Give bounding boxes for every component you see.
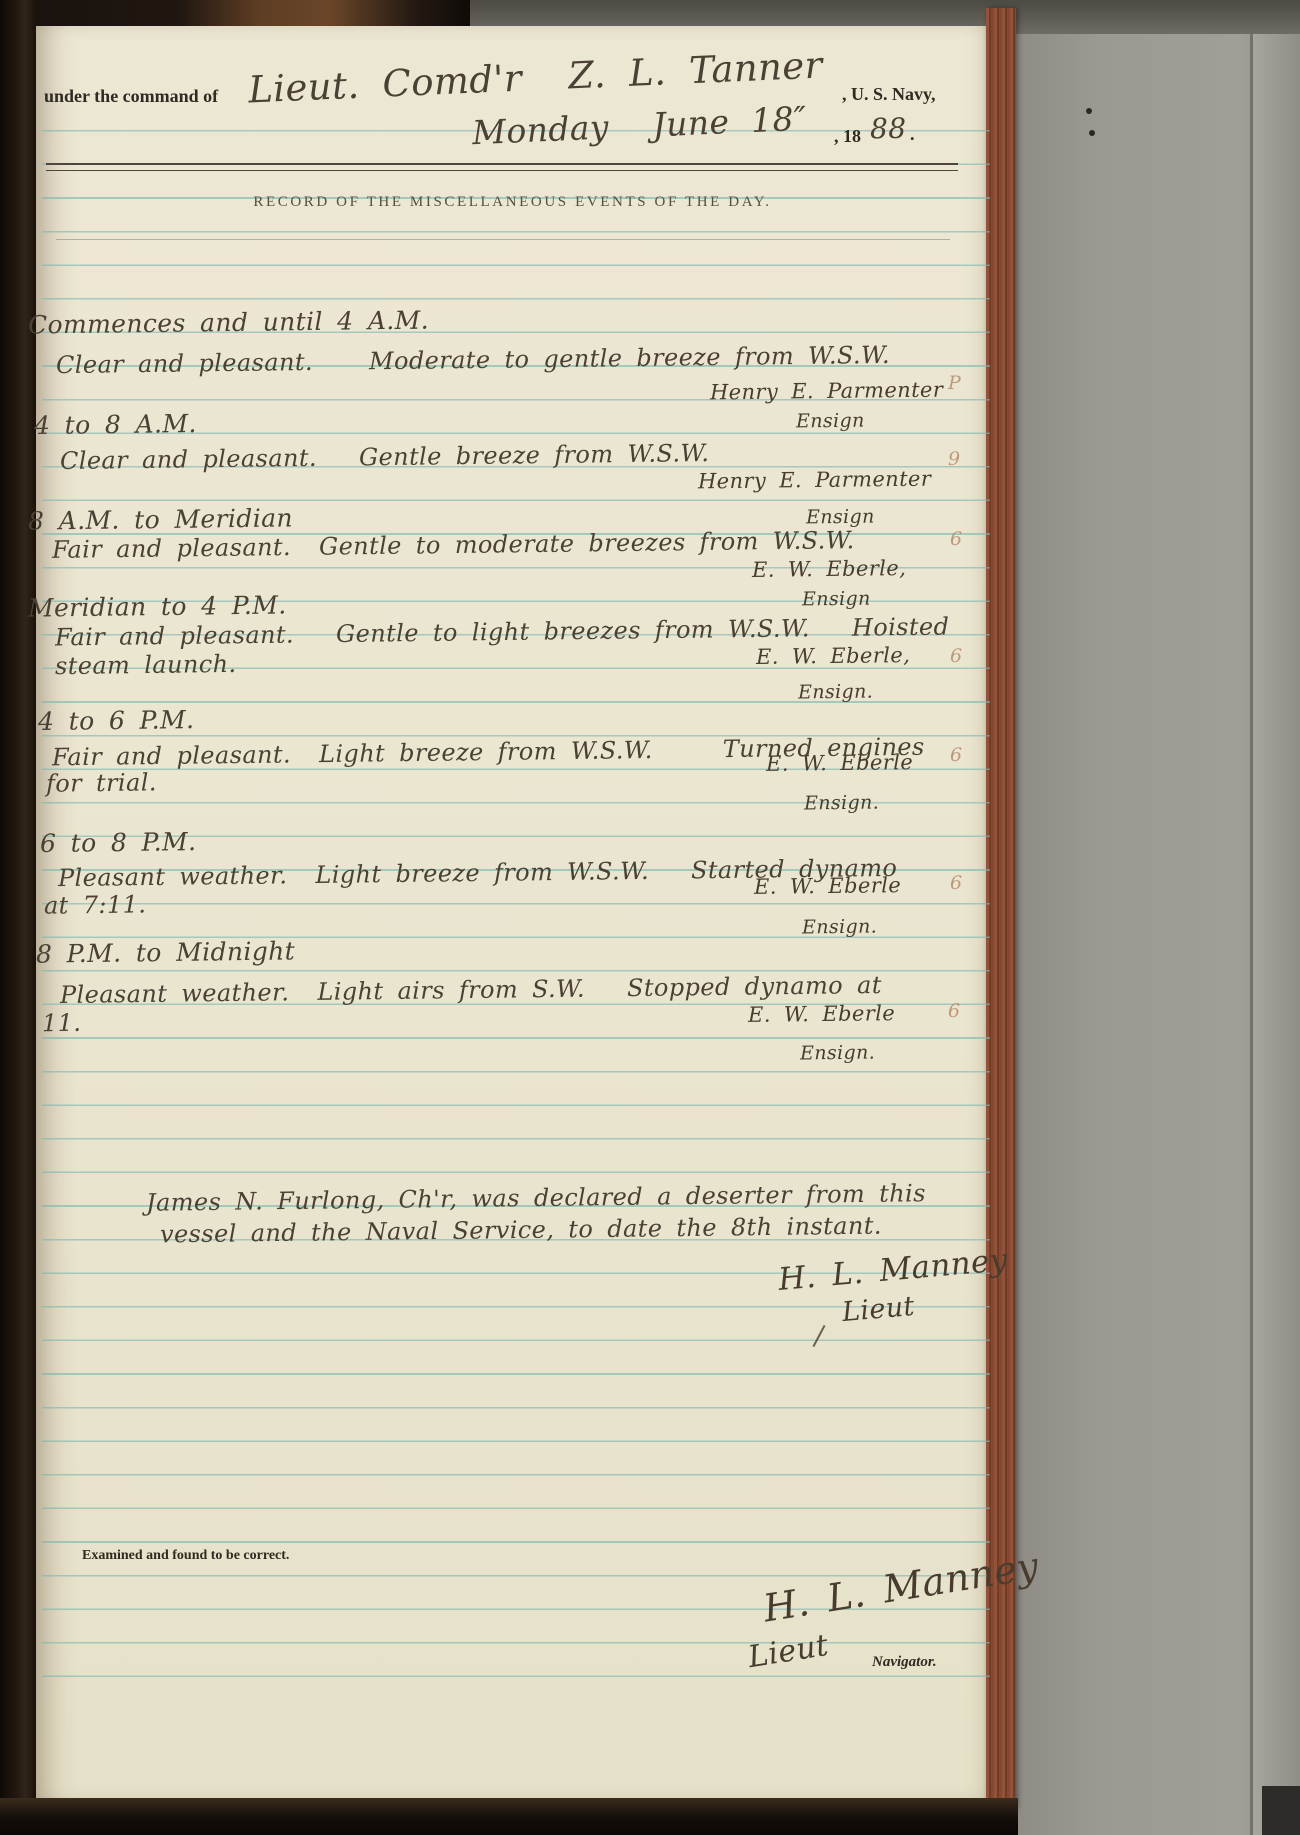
entry-period: 4 to 6 P.M. xyxy=(38,705,195,736)
watch-signature: E. W. Eberle, xyxy=(756,643,910,669)
watch-signature: E. W. Eberle xyxy=(754,873,901,899)
scan-corner-shadow xyxy=(1262,1786,1300,1835)
margin-mark: P xyxy=(948,372,961,394)
margin-mark: 9 xyxy=(948,448,960,470)
watch-rank: Ensign. xyxy=(800,1042,875,1065)
margin-mark: 6 xyxy=(948,1000,960,1022)
book-bottom-edge xyxy=(0,1798,1018,1835)
entry-body: for trial. xyxy=(46,768,157,797)
printed-navigator-label: Navigator. xyxy=(872,1654,937,1671)
margin-mark: 6 xyxy=(950,744,962,766)
logbook-page xyxy=(36,26,988,1800)
entry-body: at 7:11. xyxy=(44,890,147,919)
section-divider xyxy=(56,239,950,240)
margin-mark: 6 xyxy=(950,872,962,894)
printed-period: . xyxy=(910,124,915,145)
entry-body: steam launch. xyxy=(55,650,237,680)
year-handwritten: 88 xyxy=(870,112,907,145)
entry-period: 4 to 8 A.M. xyxy=(34,409,197,440)
watch-signature: Henry E. Parmenter xyxy=(698,467,932,494)
printed-navy-label: , U. S. Navy, xyxy=(842,84,936,105)
officer-rank: Lieut xyxy=(841,1291,916,1328)
watch-rank: Ensign. xyxy=(804,792,879,815)
entry-period: 8 P.M. to Midnight xyxy=(36,936,295,968)
watch-rank: Ensign xyxy=(806,506,875,529)
entry-period: 8 A.M. to Meridian xyxy=(28,503,293,535)
watch-signature: Henry E. Parmenter xyxy=(710,378,944,405)
watch-signature: E. W. Eberle xyxy=(766,750,913,776)
watch-rank: Ensign xyxy=(796,410,865,433)
margin-mark: 6 xyxy=(950,645,962,667)
header-divider xyxy=(46,163,958,171)
entry-period: Meridian to 4 P.M. xyxy=(28,590,287,622)
board-seam xyxy=(1250,0,1253,1835)
entry-body: 11. xyxy=(42,1009,82,1037)
examined-statement: Examined and found to be correct. xyxy=(82,1548,289,1564)
watch-rank: Ensign. xyxy=(798,681,873,704)
page-title: RECORD OF THE MISCELLANEOUS EVENTS OF TH… xyxy=(40,194,985,211)
margin-mark: 6 xyxy=(950,528,962,550)
printed-year-prefix: , 18 xyxy=(834,126,861,147)
page-stack-edge xyxy=(986,8,1016,1808)
entry-period: 6 to 8 P.M. xyxy=(40,827,197,858)
logbook-scan: under the command of Lieut. Comd'r Z. L.… xyxy=(0,0,1300,1835)
backing-board-edge xyxy=(1253,0,1300,1835)
printed-command-label: under the command of xyxy=(44,86,218,107)
book-spine xyxy=(0,0,36,1835)
watch-signature: E. W. Eberle xyxy=(748,1001,895,1027)
ink-specks xyxy=(1086,108,1092,114)
entry-period: Commences and until 4 A.M. xyxy=(28,306,429,340)
watch-signature: E. W. Eberle, xyxy=(752,556,906,582)
watch-rank: Ensign xyxy=(802,588,871,611)
watch-rank: Ensign. xyxy=(802,916,877,939)
